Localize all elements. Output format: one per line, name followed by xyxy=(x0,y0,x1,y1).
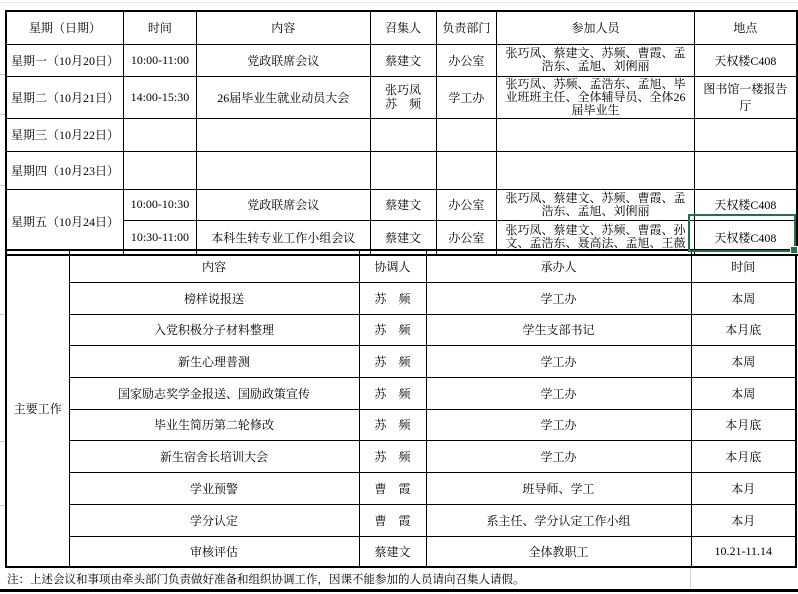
task-coordinator-cell[interactable]: 苏 频 xyxy=(359,377,426,409)
task-row: 毕业生简历第二轮修改 苏 频 学工办 本月底 xyxy=(6,409,796,440)
place-cell[interactable] xyxy=(694,118,797,151)
task-time-cell[interactable]: 本月 xyxy=(691,472,796,504)
task-row: 国家励志奖学金报送、国励政策宣传 苏 频 学工办 本周 xyxy=(6,377,796,409)
convener-cell[interactable] xyxy=(370,118,436,151)
convener-cell[interactable] xyxy=(370,151,436,189)
day-cell[interactable]: 星期三（10月22日） xyxy=(6,118,124,151)
table-row-tuesday: 星期二（10月21日） 14:00-15:30 26届毕业生就业动员大会 张巧凤… xyxy=(6,76,797,118)
task-row: 学业预警 曹 霞 班导师、学工 本月 xyxy=(6,472,796,504)
content-cell[interactable]: 党政联席会议 xyxy=(196,44,370,76)
fill-handle[interactable] xyxy=(790,246,798,254)
task-organizer-cell[interactable]: 全体教职工 xyxy=(426,536,691,567)
column-header-task-content[interactable]: 内容 xyxy=(69,250,359,282)
day-cell[interactable]: 星期一（10月20日） xyxy=(6,44,124,76)
task-coordinator-cell[interactable]: 苏 频 xyxy=(359,409,426,440)
column-header-day[interactable]: 星期（日期） xyxy=(6,11,124,44)
task-row: 榜样说报送 苏 频 学工办 本周 xyxy=(6,282,796,314)
convener-cell[interactable]: 张巧凤 苏 频 xyxy=(370,76,436,118)
participants-cell[interactable]: 张巧凤、蔡建文、苏频、曹霞、孟浩东、孟旭、刘俐丽 xyxy=(497,44,694,76)
task-coordinator-cell[interactable]: 蔡建文 xyxy=(359,536,426,567)
task-organizer-cell[interactable]: 班导师、学工 xyxy=(426,472,691,504)
dept-cell[interactable]: 办公室 xyxy=(436,44,497,76)
convener-cell[interactable]: 蔡建文 xyxy=(370,189,436,220)
dept-cell[interactable] xyxy=(436,118,497,151)
task-time-cell[interactable]: 本周 xyxy=(691,377,796,409)
task-time-cell[interactable]: 本周 xyxy=(691,345,796,377)
tasks-header-row: 主要工作 内容 协调人 承办人 时间 xyxy=(6,250,796,282)
main-tasks-table: 主要工作 内容 协调人 承办人 时间 榜样说报送 苏 频 学工办 本周 入党积极… xyxy=(5,249,797,568)
place-cell[interactable] xyxy=(694,151,797,189)
task-row: 入党积极分子材料整理 苏 频 学生支部书记 本月底 xyxy=(6,314,796,345)
task-time-cell[interactable]: 本月 xyxy=(691,504,796,536)
task-coordinator-cell[interactable]: 曹 霞 xyxy=(359,504,426,536)
task-organizer-cell[interactable]: 学工办 xyxy=(426,345,691,377)
dept-cell[interactable]: 办公室 xyxy=(436,189,497,220)
task-content-cell[interactable]: 新生宿舍长培训大会 xyxy=(69,440,359,472)
table-row-wednesday: 星期三（10月22日） xyxy=(6,118,797,151)
task-coordinator-cell[interactable]: 苏 频 xyxy=(359,440,426,472)
day-cell[interactable]: 星期二（10月21日） xyxy=(6,76,124,118)
day-cell[interactable]: 星期四（10月23日） xyxy=(6,151,124,189)
task-coordinator-cell[interactable]: 曹 霞 xyxy=(359,472,426,504)
task-time-cell[interactable]: 本月底 xyxy=(691,440,796,472)
task-organizer-cell[interactable]: 学生支部书记 xyxy=(426,314,691,345)
task-time-cell[interactable]: 本月底 xyxy=(691,314,796,345)
task-time-cell[interactable]: 本月底 xyxy=(691,409,796,440)
time-cell[interactable]: 14:00-15:30 xyxy=(124,76,197,118)
task-content-cell[interactable]: 审核评估 xyxy=(69,536,359,567)
content-cell[interactable] xyxy=(196,151,370,189)
participants-cell[interactable] xyxy=(497,118,694,151)
column-header-dept[interactable]: 负责部门 xyxy=(436,11,497,44)
dept-cell[interactable] xyxy=(436,151,497,189)
task-time-cell[interactable]: 10.21-11.14 xyxy=(691,536,796,567)
task-content-cell[interactable]: 榜样说报送 xyxy=(69,282,359,314)
column-header-participants[interactable]: 参加人员 xyxy=(497,11,694,44)
time-cell[interactable]: 10:00-11:00 xyxy=(124,44,197,76)
time-cell[interactable] xyxy=(124,151,197,189)
convener-cell[interactable]: 蔡建文 xyxy=(370,44,436,76)
weekly-schedule-table: 星期（日期） 时间 内容 召集人 负责部门 参加人员 地点 星期一（10月20日… xyxy=(5,10,798,256)
time-cell[interactable] xyxy=(124,118,197,151)
task-coordinator-cell[interactable]: 苏 频 xyxy=(359,314,426,345)
column-header-content[interactable]: 内容 xyxy=(196,11,370,44)
participants-cell[interactable]: 张巧凤、蔡建文、苏频、曹霞、孟浩东、孟旭、刘俐丽 xyxy=(497,189,694,220)
task-coordinator-cell[interactable]: 苏 频 xyxy=(359,282,426,314)
task-time-cell[interactable]: 本周 xyxy=(691,282,796,314)
day-cell[interactable]: 星期五（10月24日） xyxy=(6,189,124,255)
content-cell[interactable]: 26届毕业生就业动员大会 xyxy=(196,76,370,118)
section-label-cell[interactable]: 主要工作 xyxy=(6,250,69,567)
participants-cell[interactable] xyxy=(497,151,694,189)
task-content-cell[interactable]: 新生心理普测 xyxy=(69,345,359,377)
task-content-cell[interactable]: 入党积极分子材料整理 xyxy=(69,314,359,345)
content-cell[interactable] xyxy=(196,118,370,151)
selected-cell-border[interactable] xyxy=(688,214,796,252)
task-organizer-cell[interactable]: 学工办 xyxy=(426,440,691,472)
place-cell[interactable]: 天权楼C408 xyxy=(694,44,797,76)
participants-cell[interactable]: 张巧凤、苏频、孟浩东、孟旭、毕业班班主任、全体辅导员、全体26届毕业生 xyxy=(497,76,694,118)
task-row: 新生心理普测 苏 频 学工办 本周 xyxy=(6,345,796,377)
table-row-monday: 星期一（10月20日） 10:00-11:00 党政联席会议 蔡建文 办公室 张… xyxy=(6,44,797,76)
task-row: 新生宿舍长培训大会 苏 频 学工办 本月底 xyxy=(6,440,796,472)
schedule-header-row: 星期（日期） 时间 内容 召集人 负责部门 参加人员 地点 xyxy=(6,11,797,44)
task-organizer-cell[interactable]: 学工办 xyxy=(426,409,691,440)
time-cell[interactable]: 10:00-10:30 xyxy=(124,189,197,220)
table-row-thursday: 星期四（10月23日） xyxy=(6,151,797,189)
task-coordinator-cell[interactable]: 苏 频 xyxy=(359,345,426,377)
bottom-divider xyxy=(0,589,798,592)
task-content-cell[interactable]: 国家励志奖学金报送、国励政策宣传 xyxy=(69,377,359,409)
gridline-top xyxy=(0,2,798,3)
footnote[interactable]: 注：上述会议和事项由牵头部门负责做好准备和组织协调工作，因课不能参加的人员请向召… xyxy=(7,571,787,587)
content-cell[interactable]: 党政联席会议 xyxy=(196,189,370,220)
table-row-friday-1: 星期五（10月24日） 10:00-10:30 党政联席会议 蔡建文 办公室 张… xyxy=(6,189,797,220)
task-row: 审核评估 蔡建文 全体教职工 10.21-11.14 xyxy=(6,536,796,567)
task-organizer-cell[interactable]: 学工办 xyxy=(426,282,691,314)
task-content-cell[interactable]: 学分认定 xyxy=(69,504,359,536)
column-header-task-time[interactable]: 时间 xyxy=(691,250,796,282)
task-content-cell[interactable]: 学业预警 xyxy=(69,472,359,504)
dept-cell[interactable]: 学工办 xyxy=(436,76,497,118)
column-header-coordinator[interactable]: 协调人 xyxy=(359,250,426,282)
column-header-convener[interactable]: 召集人 xyxy=(370,11,436,44)
column-header-place[interactable]: 地点 xyxy=(694,11,797,44)
place-cell[interactable]: 图书馆一楼报告厅 xyxy=(694,76,797,118)
task-row: 学分认定 曹 霞 系主任、学分认定工作小组 本月 xyxy=(6,504,796,536)
column-header-time[interactable]: 时间 xyxy=(124,11,197,44)
task-organizer-cell[interactable]: 学工办 xyxy=(426,377,691,409)
task-organizer-cell[interactable]: 系主任、学分认定工作小组 xyxy=(426,504,691,536)
task-content-cell[interactable]: 毕业生简历第二轮修改 xyxy=(69,409,359,440)
column-header-organizer[interactable]: 承办人 xyxy=(426,250,691,282)
spreadsheet-view: 星期（日期） 时间 内容 召集人 负责部门 参加人员 地点 星期一（10月20日… xyxy=(0,0,798,594)
